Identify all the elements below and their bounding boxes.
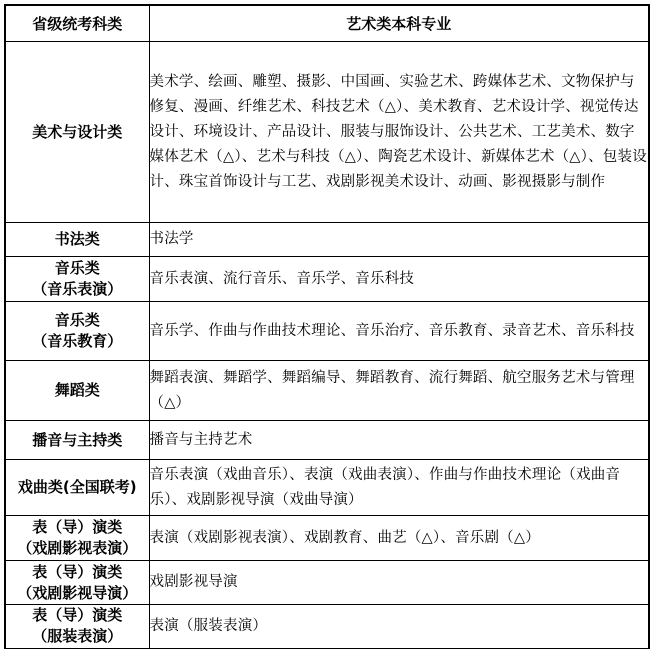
- category-sublabel: （服装表演）: [6, 626, 149, 647]
- majors-cell: 播音与主持艺术: [149, 421, 649, 460]
- header-provincial-exam-category: 省级统考科类: [5, 5, 149, 42]
- table-row: 表（导）演类 （服装表演） 表演（服装表演）: [5, 605, 649, 649]
- category-label: 音乐类: [6, 310, 149, 331]
- category-cell: 表（导）演类 （服装表演）: [5, 605, 149, 649]
- category-cell: 音乐类 （音乐表演）: [5, 257, 149, 302]
- majors-cell: 书法学: [149, 223, 649, 257]
- category-cell: 表（导）演类 （戏剧影视表演）: [5, 516, 149, 561]
- category-cell: 书法类: [5, 223, 149, 257]
- table-row: 美术与设计类 美术学、绘画、雕塑、摄影、中国画、实验艺术、跨媒体艺术、文物保护与…: [5, 42, 649, 223]
- majors-cell: 表演（戏剧影视表演）、戏剧教育、曲艺（△）、音乐剧（△）: [149, 516, 649, 561]
- category-cell: 美术与设计类: [5, 42, 149, 223]
- category-label: 舞蹈类: [6, 380, 149, 401]
- category-cell: 戏曲类(全国联考): [5, 460, 149, 516]
- majors-cell: 美术学、绘画、雕塑、摄影、中国画、实验艺术、跨媒体艺术、文物保护与修复、漫画、纤…: [149, 42, 649, 223]
- category-sublabel: （音乐表演）: [6, 279, 149, 300]
- majors-cell: 戏剧影视导演: [149, 561, 649, 605]
- table-row: 音乐类 （音乐表演） 音乐表演、流行音乐、音乐学、音乐科技: [5, 257, 649, 302]
- category-label: 音乐类: [6, 258, 149, 279]
- category-label: 戏曲类(全国联考): [6, 477, 149, 498]
- table-header-row: 省级统考科类 艺术类本科专业: [5, 5, 649, 42]
- majors-cell: 音乐表演、流行音乐、音乐学、音乐科技: [149, 257, 649, 302]
- category-cell: 舞蹈类: [5, 361, 149, 421]
- table-row: 表（导）演类 （戏剧影视导演） 戏剧影视导演: [5, 561, 649, 605]
- category-label: 表（导）演类: [6, 562, 149, 583]
- table-row: 表（导）演类 （戏剧影视表演） 表演（戏剧影视表演）、戏剧教育、曲艺（△）、音乐…: [5, 516, 649, 561]
- category-cell: 表（导）演类 （戏剧影视导演）: [5, 561, 149, 605]
- majors-cell: 舞蹈表演、舞蹈学、舞蹈编导、舞蹈教育、流行舞蹈、航空服务艺术与管理（△）: [149, 361, 649, 421]
- majors-cell: 表演（服装表演）: [149, 605, 649, 649]
- table-row: 播音与主持类 播音与主持艺术: [5, 421, 649, 460]
- category-sublabel: （音乐教育）: [6, 331, 149, 352]
- category-label: 表（导）演类: [6, 517, 149, 538]
- category-sublabel: （戏剧影视导演）: [6, 583, 149, 604]
- table-row: 戏曲类(全国联考) 音乐表演（戏曲音乐）、表演（戏曲表演）、作曲与作曲技术理论（…: [5, 460, 649, 516]
- majors-cell: 音乐学、作曲与作曲技术理论、音乐治疗、音乐教育、录音艺术、音乐科技: [149, 302, 649, 361]
- table-row: 音乐类 （音乐教育） 音乐学、作曲与作曲技术理论、音乐治疗、音乐教育、录音艺术、…: [5, 302, 649, 361]
- category-label: 美术与设计类: [6, 122, 149, 143]
- category-label: 表（导）演类: [6, 605, 149, 626]
- category-label: 播音与主持类: [6, 430, 149, 451]
- category-cell: 播音与主持类: [5, 421, 149, 460]
- category-label: 书法类: [6, 229, 149, 250]
- majors-cell: 音乐表演（戏曲音乐）、表演（戏曲表演）、作曲与作曲技术理论（戏曲音乐）、戏剧影视…: [149, 460, 649, 516]
- table-row: 舞蹈类 舞蹈表演、舞蹈学、舞蹈编导、舞蹈教育、流行舞蹈、航空服务艺术与管理（△）: [5, 361, 649, 421]
- table-row: 书法类 书法学: [5, 223, 649, 257]
- art-majors-table: 省级统考科类 艺术类本科专业 美术与设计类 美术学、绘画、雕塑、摄影、中国画、实…: [4, 4, 650, 649]
- header-art-undergraduate-majors: 艺术类本科专业: [149, 5, 649, 42]
- category-sublabel: （戏剧影视表演）: [6, 538, 149, 559]
- category-cell: 音乐类 （音乐教育）: [5, 302, 149, 361]
